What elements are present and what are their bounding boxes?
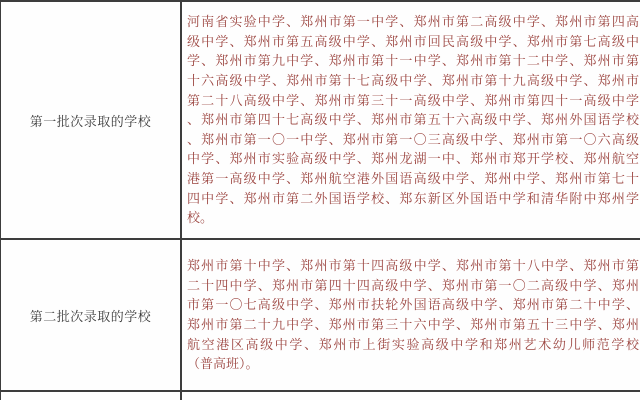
- batch-1-label: 第一批次录取的学校: [1, 2, 180, 238]
- table-row-batch-2: 第二批次录取的学校 郑州市第十中学、郑州市第十四高级中学、郑州市第十八中学、郑州…: [0, 240, 640, 390]
- table-border-row2-row3: [0, 390, 640, 392]
- school-list-line: 十六高级中学、郑州市第十七高级中学、郑州市第十九高级中学、郑州市: [187, 71, 639, 91]
- school-list-line: 级中学、郑州市第五高级中学、郑州市回民高级中学、郑州市第七高级中: [187, 32, 639, 52]
- school-list-line: （普高班）。: [187, 354, 639, 374]
- batch-2-label: 第二批次录取的学校: [1, 240, 180, 390]
- table-row-partial: [0, 392, 640, 400]
- table-border-top: [0, 0, 640, 2]
- school-list-line: 二十四中学、郑州市第四十四高级中学、郑州市第一〇二高级中学、郑州: [187, 276, 639, 296]
- school-list-line: 、郑州市第一〇一中学、郑州市第一〇三高级中学、郑州市第一〇六高级: [187, 130, 639, 150]
- table-row-batch-1: 第一批次录取的学校 河南省实验中学、郑州市第一中学、郑州市第二高级中学、郑州市第…: [0, 2, 640, 238]
- school-list-line: 第二十八高级中学、郑州市第三十一高级中学、郑州市第四十一高级中学: [187, 91, 639, 111]
- school-list-line: 港第一高级中学、郑州航空港外国语高级中学、郑州中学、郑州市第七十: [187, 169, 639, 189]
- table-border-row1-row2: [0, 238, 640, 240]
- batch-2-school-list: 郑州市第十中学、郑州市第十四高级中学、郑州市第十八中学、郑州市第 二十四中学、郑…: [182, 240, 640, 390]
- school-list-line: 航空港区高级中学、郑州市上街实验高级中学和郑州艺术幼儿师范学校: [187, 335, 639, 355]
- school-list-line: 郑州市第十中学、郑州市第十四高级中学、郑州市第十八中学、郑州市第: [187, 256, 639, 276]
- admission-batches-table-page: 第一批次录取的学校 河南省实验中学、郑州市第一中学、郑州市第二高级中学、郑州市第…: [0, 0, 640, 400]
- school-list-line: 四中学、郑州市第二外国语学校、郑东新区外国语中学和清华附中郑州学: [187, 189, 639, 209]
- school-list-line: 河南省实验中学、郑州市第一中学、郑州市第二高级中学、郑州市第四高: [187, 12, 639, 32]
- school-list-line: 中学、郑州市实验高级中学、郑州龙湖一中、郑州市郑开学校、郑州航空: [187, 149, 639, 169]
- school-list-line: 郑州市第二十九中学、郑州市第三十六中学、郑州市第五十三中学、郑州: [187, 315, 639, 335]
- table-border-left: [0, 0, 1, 400]
- table-column-divider: [180, 0, 182, 400]
- school-list-line: 校。: [187, 208, 639, 228]
- school-list-line: 学、郑州市第九中学、郑州市第十一中学、郑州市第十二中学、郑州市第: [187, 51, 639, 71]
- school-list-line: 市第一〇七高级中学、郑州市扶轮外国语高级中学、郑州市第二十中学、: [187, 295, 639, 315]
- batch-1-school-list: 河南省实验中学、郑州市第一中学、郑州市第二高级中学、郑州市第四高 级中学、郑州市…: [182, 2, 640, 238]
- school-list-line: 、郑州市第四十七高级中学、郑州市第五十六高级中学、郑州外国语学校: [187, 110, 639, 130]
